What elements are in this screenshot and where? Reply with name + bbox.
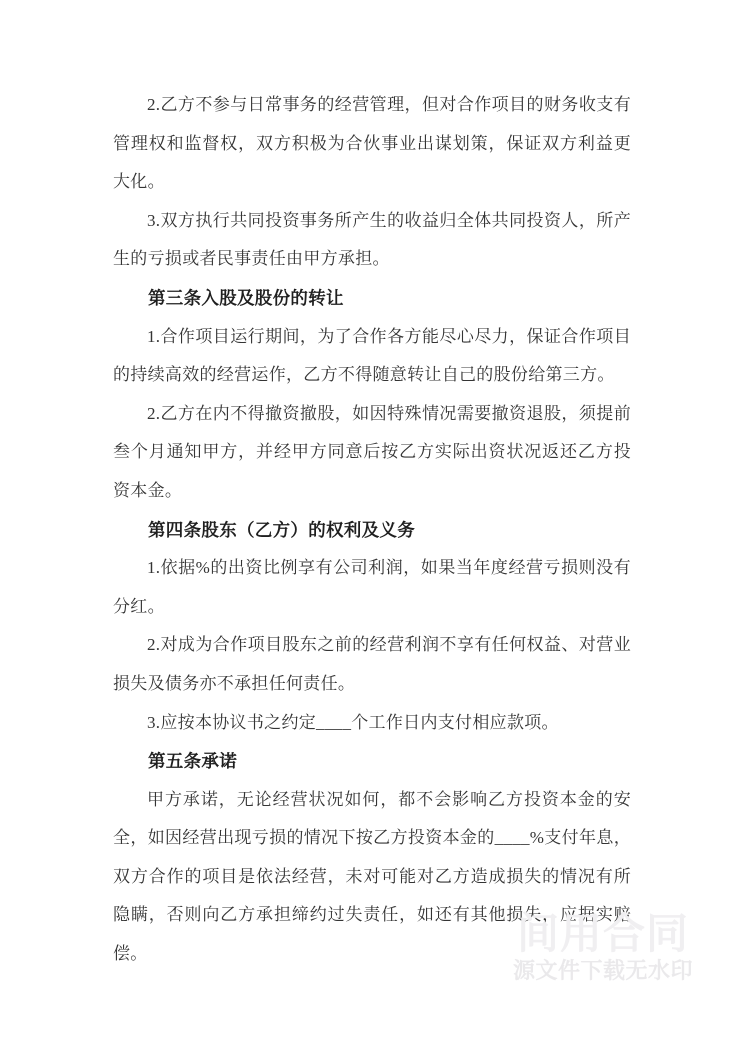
contract-paragraph: 3.应按本协议书之约定____个工作日内支付相应款项。 (113, 704, 631, 743)
section-heading: 第四条股东（乙方）的权利及义务 (113, 511, 631, 550)
section-heading: 第五条承诺 (113, 742, 631, 781)
contract-paragraph: 甲方承诺，无论经营状况如何，都不会影响乙方投资本金的安全，如因经营出现亏损的情况… (113, 781, 631, 974)
contract-body: 2.乙方不参与日常事务的经营管理，但对合作项目的财务收支有管理权和监督权，双方积… (113, 86, 631, 974)
contract-paragraph: 2.乙方不参与日常事务的经营管理，但对合作项目的财务收支有管理权和监督权，双方积… (113, 86, 631, 202)
contract-paragraph: 2.乙方在内不得撤资撤股，如因特殊情况需要撤资退股，须提前叁个月通知甲方，并经甲… (113, 395, 631, 511)
contract-paragraph: 1.依据%的出资比例享有公司利润，如果当年度经营亏损则没有分红。 (113, 549, 631, 626)
contract-paragraph: 1.合作项目运行期间，为了合作各方能尽心尽力，保证合作项目的持续高效的经营运作，… (113, 318, 631, 395)
section-heading: 第三条入股及股份的转让 (113, 279, 631, 318)
contract-paragraph: 2.对成为合作项目股东之前的经营利润不享有任何权益、对营业损失及债务亦不承担任何… (113, 626, 631, 703)
contract-page: 2.乙方不参与日常事务的经营管理，但对合作项目的财务收支有管理权和监督权，双方积… (0, 0, 742, 1049)
contract-paragraph: 3.双方执行共同投资事务所产生的收益归全体共同投资人，所产生的亏损或者民事责任由… (113, 202, 631, 279)
